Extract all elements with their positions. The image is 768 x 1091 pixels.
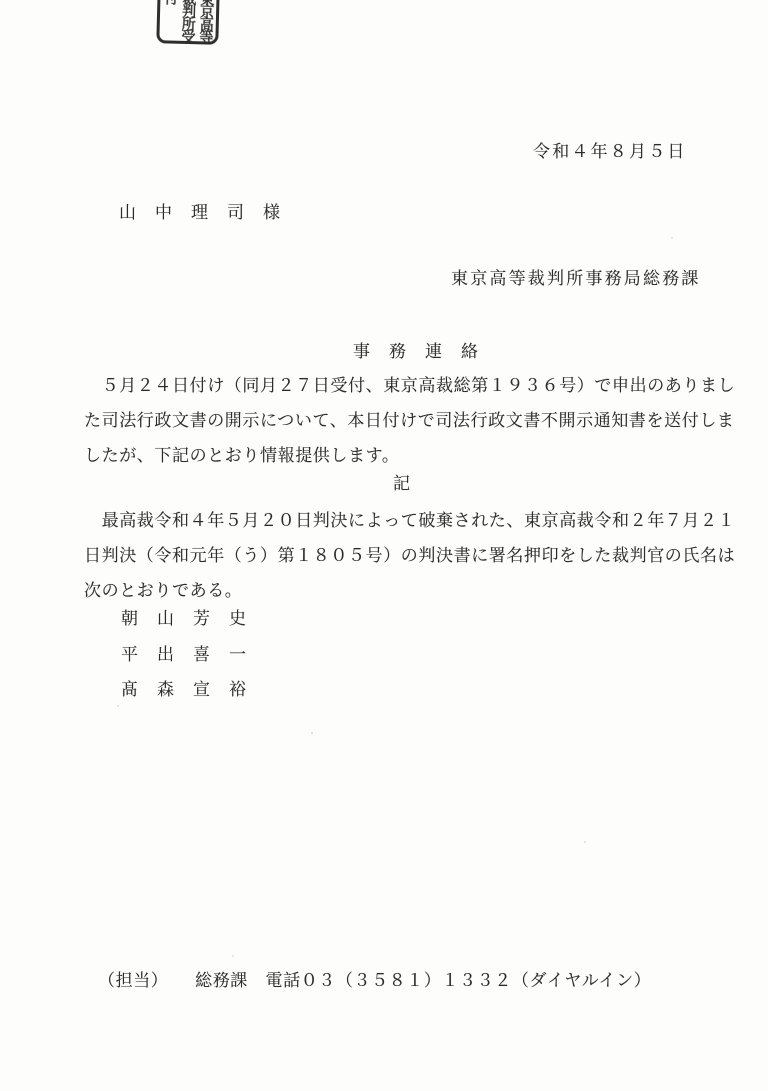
judge-name: 平 出 喜 一 xyxy=(121,637,247,673)
document-title: 事 務 連 絡 xyxy=(353,337,479,362)
addressee-name: 山 中 理 司 様 xyxy=(119,198,281,223)
judge-name-list: 朝 山 芳 史 平 出 喜 一 髙 森 宣 裕 xyxy=(121,601,247,708)
paragraph-line: 日判決（令和元年（う）第１８０５号）の判決書に署名押印をした裁判官の氏名は xyxy=(84,538,732,573)
judge-name: 髙 森 宣 裕 xyxy=(121,672,247,708)
paragraph-line: ５月２４日付け（同月２７日受付、東京高裁総第１９３６号）で申出のありまし xyxy=(84,368,732,403)
opening-paragraph: ５月２４日付け（同月２７日受付、東京高裁総第１９３６号）で申出のありまし た司法… xyxy=(84,368,732,473)
stamp-glyphs: 東京高等裁判所受付 xyxy=(159,0,214,45)
contact-info: （担当） 総務課 電話０３（３５８１）１３３２（ダイヤルイン） xyxy=(98,966,651,991)
ki-heading: 記 xyxy=(393,469,411,494)
court-receipt-stamp-icon: 東京高等裁判所受付 xyxy=(156,0,219,45)
judge-name: 朝 山 芳 史 xyxy=(121,601,247,637)
paragraph-line: た司法行政文書の開示について、本日付けで司法行政文書不開示通知書を送付しま xyxy=(84,403,732,438)
paragraph-line: 最高裁令和４年５月２０日判決によって破棄された、東京高裁令和２年７月２１ xyxy=(84,503,732,538)
sender-organization: 東京高等裁判所事務局総務課 xyxy=(451,264,701,289)
document-date: 令和４年８月５日 xyxy=(533,137,687,162)
paragraph-line: したが、下記のとおり情報提供します。 xyxy=(84,438,732,473)
scanned-letter-page: 東京高等裁判所受付 令和４年８月５日 山 中 理 司 様 東京高等裁判所事務局総… xyxy=(0,0,768,1091)
main-paragraph: 最高裁令和４年５月２０日判決によって破棄された、東京高裁令和２年７月２１ 日判決… xyxy=(84,503,732,608)
